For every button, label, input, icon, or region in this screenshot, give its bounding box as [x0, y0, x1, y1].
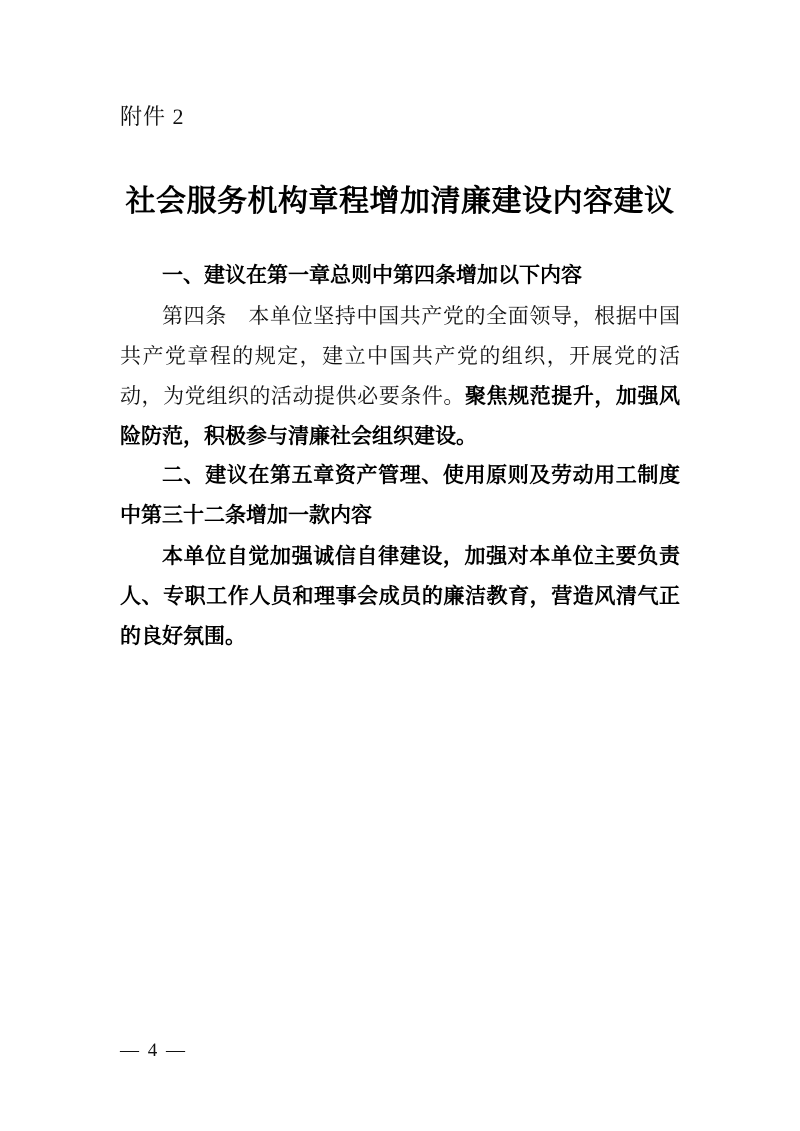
- text-segment: 一、建议在第一章总则中第四条增加以下内容: [162, 264, 582, 287]
- section-heading: 二、建议在第五章资产管理、使用原则及劳动用工制度中第三十二条增加一款内容: [120, 456, 680, 536]
- document-title: 社会服务机构章程增加清廉建设内容建议: [110, 176, 690, 220]
- paragraph: 本单位自觉加强诚信自律建设，加强对本单位主要负责人、专职工作人员和理事会成员的廉…: [120, 536, 680, 656]
- document-body: 一、建议在第一章总则中第四条增加以下内容第四条 本单位坚持中国共产党的全面领导，…: [120, 256, 680, 656]
- attachment-label: 附件 2: [120, 100, 185, 131]
- text-segment: 二、建议在第五章资产管理、使用原则及劳动用工制度中第三十二条增加一款内容: [120, 464, 680, 527]
- section-heading: 一、建议在第一章总则中第四条增加以下内容: [120, 256, 680, 296]
- page-number: — 4 —: [120, 1040, 187, 1062]
- document-page: 附件 2 社会服务机构章程增加清廉建设内容建议 一、建议在第一章总则中第四条增加…: [0, 0, 800, 1131]
- text-segment: 本单位自觉加强诚信自律建设，加强对本单位主要负责人、专职工作人员和理事会成员的廉…: [120, 544, 680, 648]
- paragraph: 第四条 本单位坚持中国共产党的全面领导，根据中国共产党章程的规定，建立中国共产党…: [120, 296, 680, 456]
